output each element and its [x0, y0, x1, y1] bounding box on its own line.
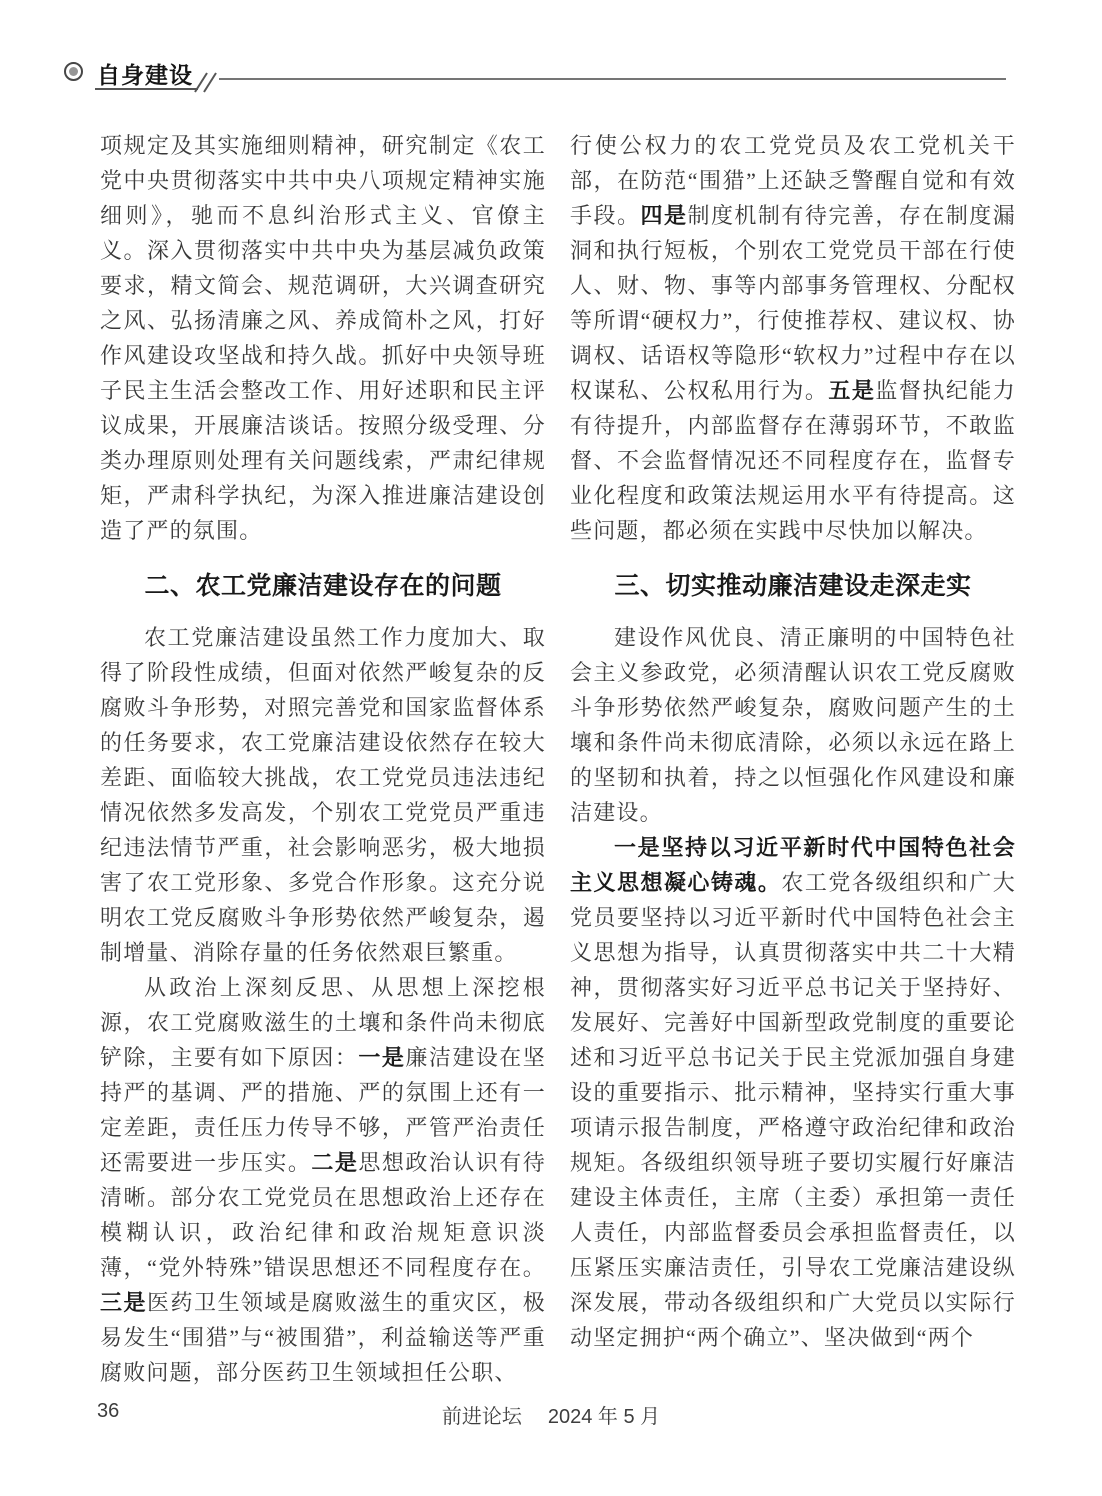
footer-journal-line: 前进论坛2024 年 5 月: [0, 1400, 1102, 1429]
double-slash-icon: [191, 72, 223, 93]
text-run: 建设作风优良、清正廉明的中国特色社会主义参政党，必须清醒认识农工党反腐败斗争形势…: [570, 625, 1016, 825]
paragraph: 建设作风优良、清正廉明的中国特色社会主义参政党，必须清醒认识农工党反腐败斗争形势…: [570, 620, 1016, 830]
text-run: 农工党廉洁建设虽然工作力度加大、取得了阶段性成绩，但面对依然严峻复杂的反腐败斗争…: [100, 625, 546, 965]
header-rule: [219, 78, 1006, 80]
magazine-page: 自身建设 项规定及其实施细则精神，研究制定《农工党中央贯彻落实中共中央八项规定精…: [0, 0, 1102, 1496]
text-run: 医药卫生领域是腐败滋生的重灾区，极易发生“围猎”与“被围猎”，利益输送等严重腐败…: [100, 1290, 546, 1385]
emphasis-run: 二是: [311, 1150, 358, 1175]
section-bullet-inner-dot: [69, 67, 78, 76]
emphasis-run: 三是: [100, 1290, 147, 1315]
emphasis-run: 五是: [828, 378, 875, 403]
text-run: 项规定及其实施细则精神，研究制定《农工党中央贯彻落实中共中央八项规定精神实施细则…: [100, 133, 546, 543]
issue-date: 2024 年 5 月: [548, 1406, 660, 1428]
text-run: 制度机制有待完善，存在制度漏洞和执行短板，个别农工党党员干部在行使人、财、物、事…: [570, 203, 1016, 403]
emphasis-run: 一是: [358, 1045, 405, 1070]
paragraph-continuation: 项规定及其实施细则精神，研究制定《农工党中央贯彻落实中共中央八项规定精神实施细则…: [100, 128, 546, 548]
paragraph: 一是坚持以习近平新时代中国特色社会主义思想凝心铸魂。农工党各级组织和广大党员要坚…: [570, 830, 1016, 1355]
emphasis-run: 四是: [640, 203, 687, 228]
paragraph-continuation: 行使公权力的农工党党员及农工党机关干部，在防范“围猎”上还缺乏警醒自觉和有效手段…: [570, 128, 1016, 548]
header-underline: [95, 88, 198, 90]
left-column: 项规定及其实施细则精神，研究制定《农工党中央贯彻落实中共中央八项规定精神实施细则…: [100, 128, 546, 1390]
section-label: 自身建设: [97, 57, 193, 90]
text-run: 农工党各级组织和广大党员要坚持以习近平新时代中国特色社会主义思想为指导，认真贯彻…: [570, 870, 1016, 1350]
right-column: 行使公权力的农工党党员及农工党机关干部，在防范“围猎”上还缺乏警醒自觉和有效手段…: [570, 128, 1016, 1355]
journal-name: 前进论坛: [442, 1406, 522, 1428]
paragraph: 农工党廉洁建设虽然工作力度加大、取得了阶段性成绩，但面对依然严峻复杂的反腐败斗争…: [100, 620, 546, 970]
section-heading-problems: 二、农工党廉洁建设存在的问题: [100, 569, 546, 603]
section-bullet-icon: [64, 62, 83, 81]
section-heading-advance: 三、切实推动廉洁建设走深走实: [570, 569, 1016, 603]
paragraph: 从政治上深刻反思、从思想上深挖根源，农工党腐败滋生的土壤和条件尚未彻底铲除，主要…: [100, 970, 546, 1390]
